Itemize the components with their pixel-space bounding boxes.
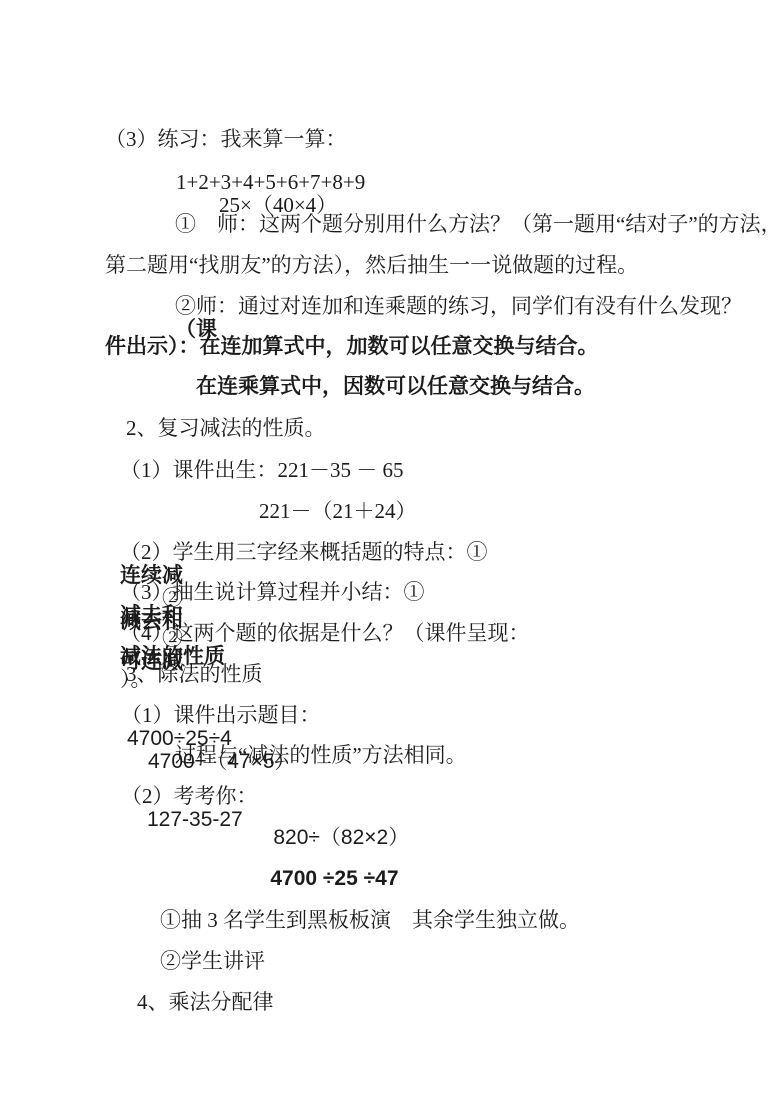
expression-127-35-27: 127-35-27 [147,808,243,831]
document-page: （3）练习：我来算一算： 1+2+3+4+5+6+7+8+9 25×（40×4）… [0,0,780,1103]
section4-heading-distributive-law: 4、乘法分配律 [116,968,274,1037]
section3-item2-lead: （2）考考你： [121,784,258,808]
section4-heading-text: 4、乘法分配律 [137,990,274,1014]
section3-item2-test-you: （2）考考你： 127-35-27 [100,762,258,854]
